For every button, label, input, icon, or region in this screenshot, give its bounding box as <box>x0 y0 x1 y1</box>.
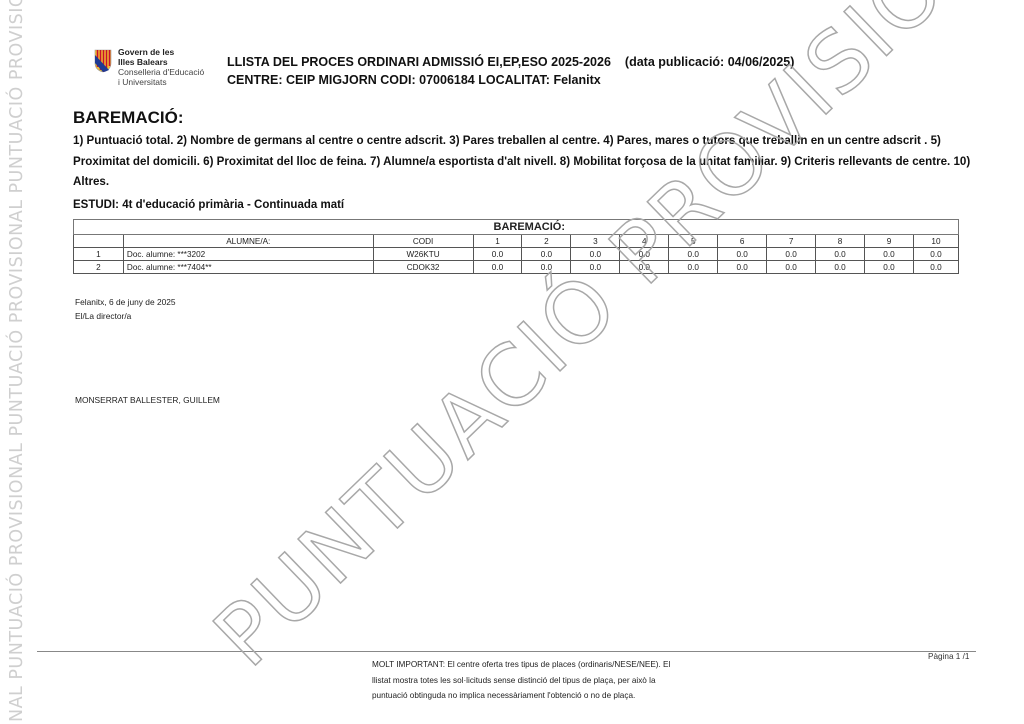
document-title: LLISTA DEL PROCES ORDINARI ADMISSIÓ EI,E… <box>227 55 611 69</box>
study-label: ESTUDI: 4t d'educació primària - Continu… <box>73 199 344 211</box>
govern-logo: Govern de les Illes Balears Conselleria … <box>94 47 204 87</box>
place-date: Felanitx, 6 de juny de 2025 <box>75 295 176 309</box>
table-cell: W26KTU <box>373 248 473 261</box>
table-cell: 0.0 <box>718 248 767 261</box>
column-header: 1 <box>473 235 522 248</box>
signer-name: MONSERRAT BALLESTER, GUILLEM <box>75 395 220 405</box>
table-cell: Doc. alumne: ***3202 <box>123 248 373 261</box>
table-header-row: ALUMNE/A:CODI12345678910 <box>74 235 959 248</box>
logo-line-2: Illes Balears <box>118 57 204 67</box>
document-header: LLISTA DEL PROCES ORDINARI ADMISSIÓ EI,E… <box>227 53 794 89</box>
side-watermark: NAL PUNTUACIÓ PROVISIONAL PUNTUACIÓ PROV… <box>5 0 29 722</box>
column-header: 3 <box>571 235 620 248</box>
publication-date: (data publicació: 04/06/2025) <box>625 55 795 69</box>
table-cell: 0.0 <box>816 261 865 274</box>
column-header <box>74 235 124 248</box>
page-number: Pàgina 1 /1 <box>928 652 969 661</box>
table-cell: 0.0 <box>669 261 718 274</box>
column-header: 4 <box>620 235 669 248</box>
table-cell: 0.0 <box>767 261 816 274</box>
footer-note: MOLT IMPORTANT: El centre oferta tres ti… <box>372 657 682 704</box>
table-cell: 0.0 <box>913 248 958 261</box>
footer-divider <box>37 651 976 652</box>
table-cell: 0.0 <box>620 248 669 261</box>
table-cell: 0.0 <box>522 248 571 261</box>
column-header: CODI <box>373 235 473 248</box>
centre-info: CENTRE: CEIP MIGJORN CODI: 07006184 LOCA… <box>227 71 794 89</box>
table-row: 2Doc. alumne: ***7404**CDOK320.00.00.00.… <box>74 261 959 274</box>
table-cell: 0.0 <box>571 248 620 261</box>
table-caption: BAREMACIÓ: <box>74 220 959 235</box>
table-cell: Doc. alumne: ***7404** <box>123 261 373 274</box>
table-cell: 1 <box>74 248 124 261</box>
table-cell: CDOK32 <box>373 261 473 274</box>
logo-line-3: Conselleria d'Educació <box>118 67 204 77</box>
criteria-legend: 1) Puntuació total. 2) Nombre de germans… <box>73 131 978 193</box>
column-header: 8 <box>816 235 865 248</box>
signature-block: Felanitx, 6 de juny de 2025 El/La direct… <box>75 295 176 323</box>
table-row: 1Doc. alumne: ***3202W26KTU0.00.00.00.00… <box>74 248 959 261</box>
column-header: ALUMNE/A: <box>123 235 373 248</box>
logo-line-1: Govern de les <box>118 47 204 57</box>
table-cell: 0.0 <box>913 261 958 274</box>
column-header: 9 <box>865 235 914 248</box>
scores-table: BAREMACIÓ: ALUMNE/A:CODI123456789101Doc.… <box>73 219 959 274</box>
table-cell: 0.0 <box>669 248 718 261</box>
balearic-shield-icon <box>94 49 112 73</box>
table-cell: 0.0 <box>767 248 816 261</box>
table-cell: 2 <box>74 261 124 274</box>
column-header: 5 <box>669 235 718 248</box>
table-cell: 0.0 <box>620 261 669 274</box>
column-header: 7 <box>767 235 816 248</box>
logo-line-4: i Universitats <box>118 77 204 87</box>
table-cell: 0.0 <box>473 261 522 274</box>
table-cell: 0.0 <box>571 261 620 274</box>
column-header: 10 <box>913 235 958 248</box>
signer-role: El/La director/a <box>75 309 176 323</box>
column-header: 2 <box>522 235 571 248</box>
table-cell: 0.0 <box>718 261 767 274</box>
table-caption-row: BAREMACIÓ: <box>74 220 959 235</box>
table-cell: 0.0 <box>522 261 571 274</box>
column-header: 6 <box>718 235 767 248</box>
table-cell: 0.0 <box>865 261 914 274</box>
table-cell: 0.0 <box>816 248 865 261</box>
table-cell: 0.0 <box>473 248 522 261</box>
baremacio-heading: BAREMACIÓ: <box>73 108 184 128</box>
table-cell: 0.0 <box>865 248 914 261</box>
